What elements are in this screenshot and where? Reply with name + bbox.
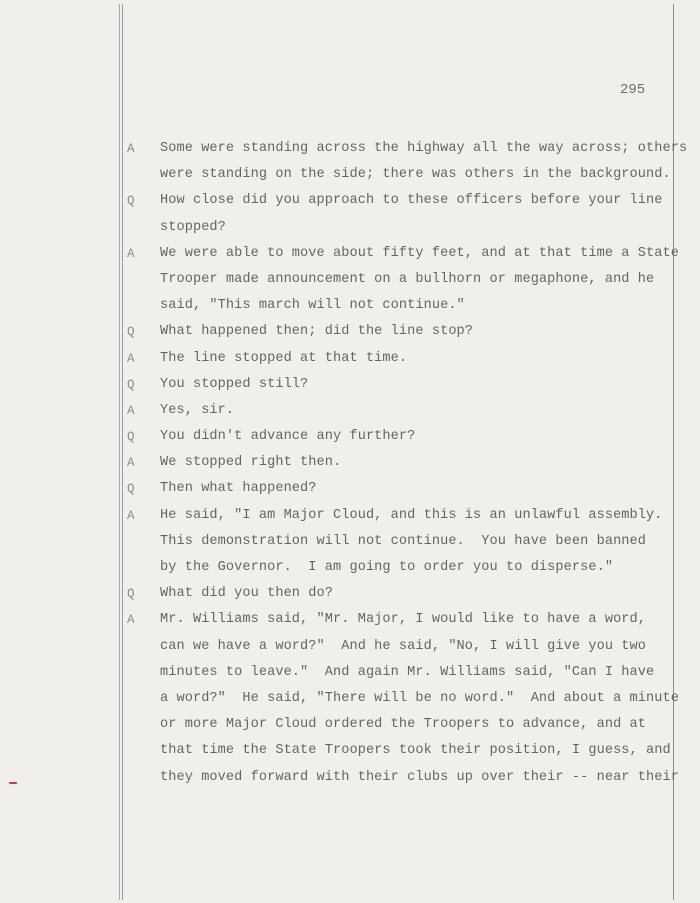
transcript-line: AHe said, "I am Major Cloud, and this is… xyxy=(0,503,700,529)
speaker-label: A xyxy=(127,241,135,267)
line-text: Trooper made announcement on a bullhorn … xyxy=(160,267,654,293)
transcript-line: QYou didn't advance any further? xyxy=(0,424,700,450)
line-text: How close did you approach to these offi… xyxy=(160,188,663,214)
line-text: Yes, sir. xyxy=(160,398,234,424)
page-number: 295 xyxy=(620,82,645,98)
speaker-label: Q xyxy=(127,372,135,398)
line-text: Mr. Williams said, "Mr. Major, I would l… xyxy=(160,607,646,633)
line-text: a word?" He said, "There will be no word… xyxy=(160,686,679,712)
line-text: We were able to move about fifty feet, a… xyxy=(160,241,679,267)
transcript-line: minutes to leave." And again Mr. William… xyxy=(0,660,700,686)
line-text: You didn't advance any further? xyxy=(160,424,415,450)
transcript-line: or more Major Cloud ordered the Troopers… xyxy=(0,712,700,738)
transcript-line: AMr. Williams said, "Mr. Major, I would … xyxy=(0,607,700,633)
line-text: that time the State Troopers took their … xyxy=(160,738,671,764)
line-text: by the Governor. I am going to order you… xyxy=(160,555,613,581)
transcript-line: AWe were able to move about fifty feet, … xyxy=(0,241,700,267)
transcript-line: AYes, sir. xyxy=(0,398,700,424)
line-text: they moved forward with their clubs up o… xyxy=(160,765,679,791)
transcript-body: ASome were standing across the highway a… xyxy=(0,136,700,791)
line-text: The line stopped at that time. xyxy=(160,346,407,372)
speaker-label: Q xyxy=(127,476,135,502)
transcript-line: ASome were standing across the highway a… xyxy=(0,136,700,162)
transcript-line: said, "This march will not continue." xyxy=(0,293,700,319)
transcript-line: that time the State Troopers took their … xyxy=(0,738,700,764)
speaker-label: A xyxy=(127,450,135,476)
line-text: You stopped still? xyxy=(160,372,308,398)
transcript-line: QYou stopped still? xyxy=(0,372,700,398)
transcript-line: QThen what happened? xyxy=(0,476,700,502)
speaker-label: A xyxy=(127,607,135,633)
line-text: What happened then; did the line stop? xyxy=(160,319,473,345)
transcript-line: stopped? xyxy=(0,215,700,241)
line-text: or more Major Cloud ordered the Troopers… xyxy=(160,712,646,738)
line-text: Then what happened? xyxy=(160,476,317,502)
line-text: can we have a word?" And he said, "No, I… xyxy=(160,634,646,660)
line-text: He said, "I am Major Cloud, and this is … xyxy=(160,503,663,529)
transcript-line: by the Governor. I am going to order you… xyxy=(0,555,700,581)
transcript-line: This demonstration will not continue. Yo… xyxy=(0,529,700,555)
transcript-line: Trooper made announcement on a bullhorn … xyxy=(0,267,700,293)
transcript-line: QWhat happened then; did the line stop? xyxy=(0,319,700,345)
transcript-line: QWhat did you then do? xyxy=(0,581,700,607)
speaker-label: A xyxy=(127,346,135,372)
speaker-label: Q xyxy=(127,188,135,214)
line-text: This demonstration will not continue. Yo… xyxy=(160,529,646,555)
speaker-label: A xyxy=(127,136,135,162)
transcript-line: QHow close did you approach to these off… xyxy=(0,188,700,214)
line-text: We stopped right then. xyxy=(160,450,341,476)
line-text: were standing on the side; there was oth… xyxy=(160,162,671,188)
transcript-line: they moved forward with their clubs up o… xyxy=(0,765,700,791)
speaker-label: Q xyxy=(127,319,135,345)
speaker-label: Q xyxy=(127,581,135,607)
speaker-label: A xyxy=(127,503,135,529)
transcript-line: a word?" He said, "There will be no word… xyxy=(0,686,700,712)
speaker-label: Q xyxy=(127,424,135,450)
transcript-line: AWe stopped right then. xyxy=(0,450,700,476)
transcript-line: AThe line stopped at that time. xyxy=(0,346,700,372)
transcript-line: were standing on the side; there was oth… xyxy=(0,162,700,188)
line-text: stopped? xyxy=(160,215,226,241)
line-text: minutes to leave." And again Mr. William… xyxy=(160,660,654,686)
speaker-label: A xyxy=(127,398,135,424)
transcript-line: can we have a word?" And he said, "No, I… xyxy=(0,634,700,660)
transcript-page: 295 ASome were standing across the highw… xyxy=(0,0,700,903)
line-text: said, "This march will not continue." xyxy=(160,293,465,319)
line-text: What did you then do? xyxy=(160,581,333,607)
line-text: Some were standing across the highway al… xyxy=(160,136,687,162)
